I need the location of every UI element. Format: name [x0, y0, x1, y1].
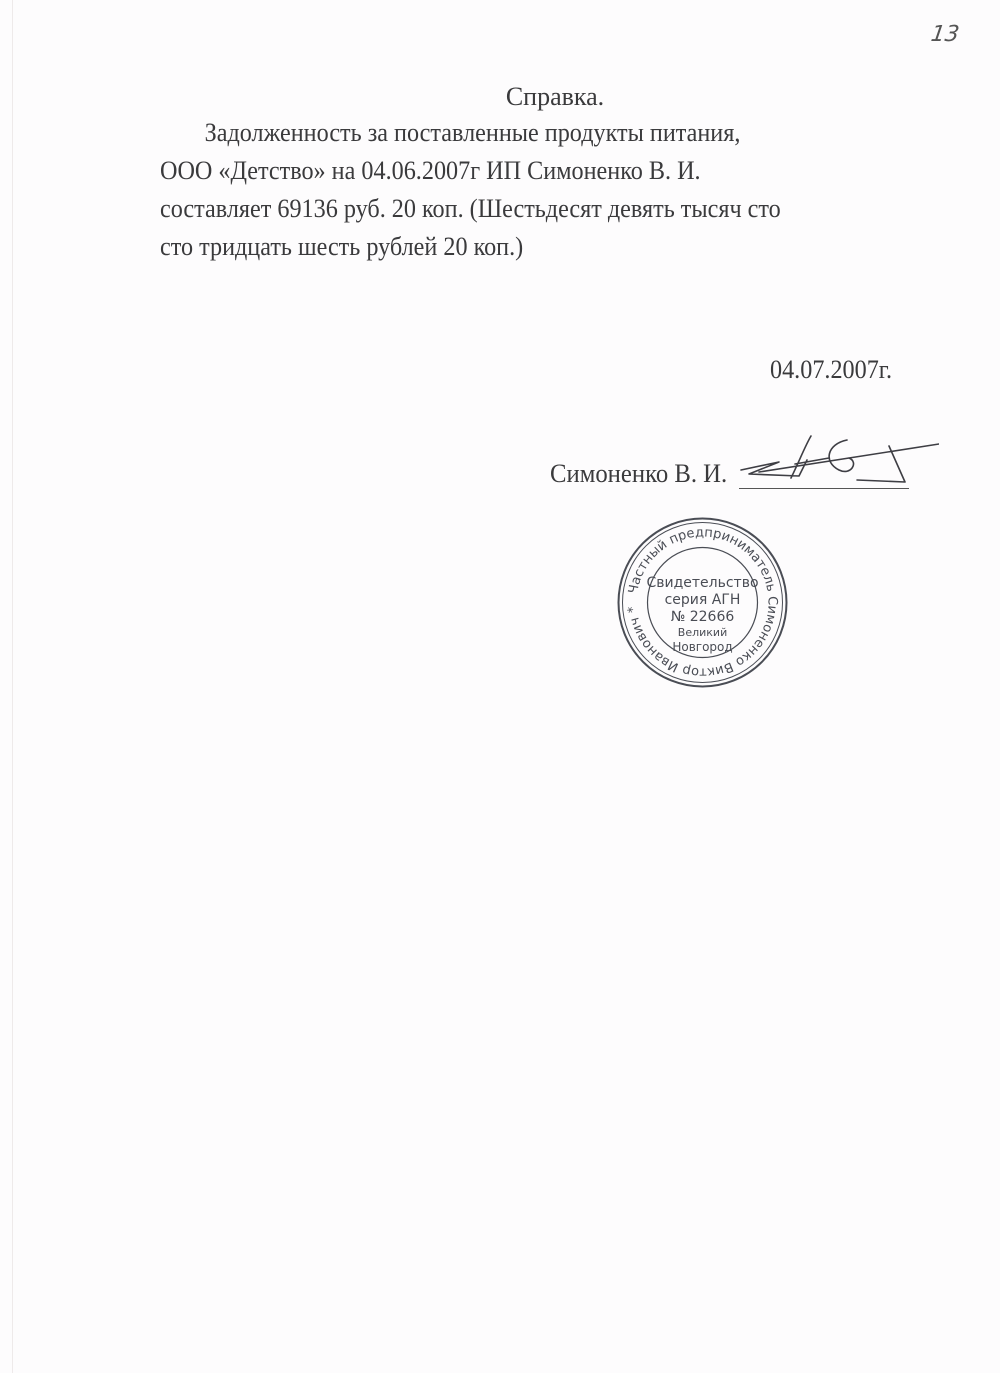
stamp-center-line: Новгород	[672, 640, 732, 654]
document-title: Справка.	[0, 82, 1000, 112]
signature-line	[739, 452, 909, 489]
body-line: сто тридцать шесть рублей 20 коп.)	[160, 228, 904, 266]
page-edge	[12, 0, 13, 1373]
stamp-seal-icon: Частный предприниматель Симоненко Виктор…	[615, 515, 790, 690]
official-stamp: Частный предприниматель Симоненко Виктор…	[615, 515, 790, 690]
document-body: Задолженность за поставленные продукты п…	[160, 114, 904, 266]
body-line: составляет 69136 руб. 20 коп. (Шестьдеся…	[160, 190, 904, 228]
body-line: Задолженность за поставленные продукты п…	[160, 114, 904, 152]
stamp-center-line: Великий	[678, 626, 727, 639]
document-date: 04.07.2007г.	[770, 355, 892, 385]
page-number: 13	[929, 22, 961, 47]
signatory-name: Симоненко В. И.	[550, 459, 727, 489]
stamp-center-line: № 22666	[671, 609, 735, 625]
signature-block: Симоненко В. И.	[550, 452, 909, 489]
body-line: ООО «Детство» на 04.06.2007г ИП Симоненк…	[160, 152, 904, 190]
stamp-center-line: Свидетельство	[646, 575, 758, 591]
stamp-center-line: серия АГН	[665, 592, 741, 608]
handwritten-signature-icon	[739, 432, 939, 492]
